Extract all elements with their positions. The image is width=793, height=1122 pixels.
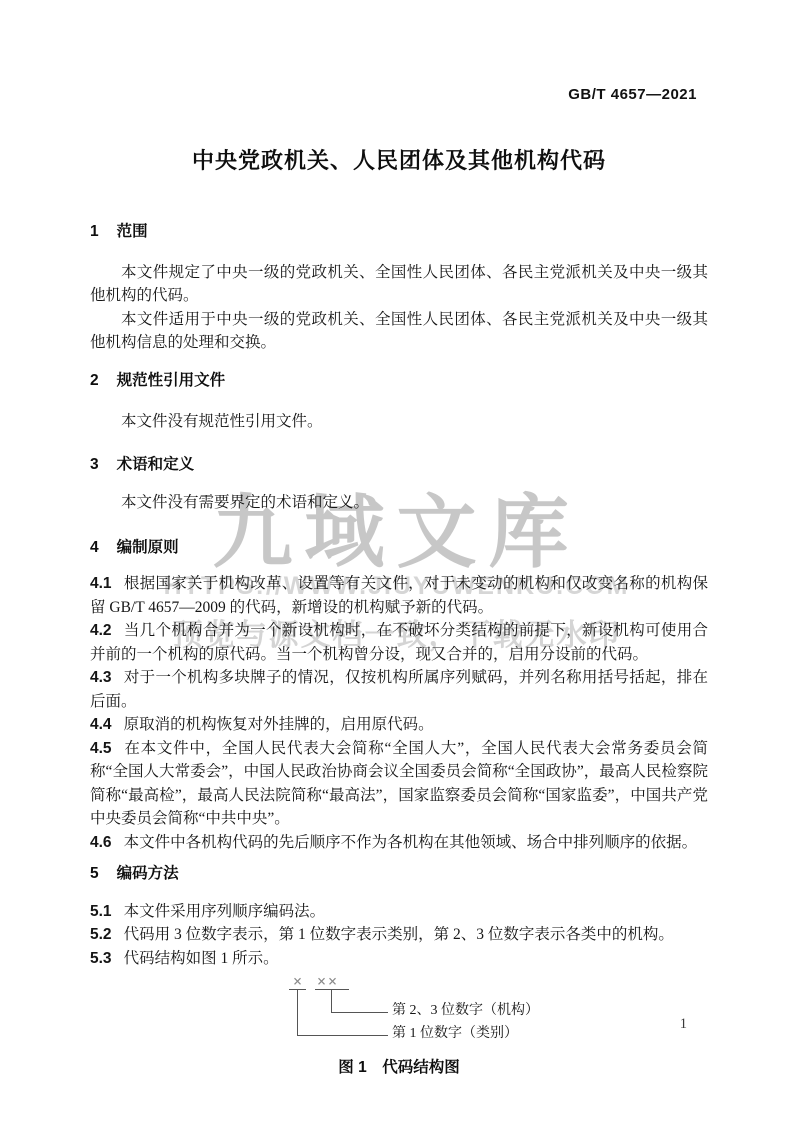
figure-caption: 图 1 代码结构图	[90, 1056, 708, 1080]
clause-4-5: 4.5在本文件中，全国人民代表大会简称“全国人大”，全国人民代表大会常务委员会简…	[90, 737, 708, 831]
leader-line-horizontal-category	[297, 1035, 388, 1036]
document-page: 九域文库 HTTPS://WWW.JIUYUWENKU.COM 预览与源文档一致…	[0, 0, 793, 1122]
clause-4-4: 4.4原取消的机构恢复对外挂牌的，启用原代码。	[90, 713, 708, 737]
section-number: 4	[90, 539, 99, 556]
section-label: 术语和定义	[117, 456, 195, 473]
paragraph: 本文件没有规范性引用文件。	[90, 410, 708, 434]
clause-number: 4.5	[90, 740, 112, 757]
clause-text: 本文件采用序列顺序编码法。	[124, 903, 326, 920]
section-label: 规范性引用文件	[117, 372, 226, 389]
clause-text: 本文件中各机构代码的先后顺序不作为各机构在其他领域、场合中排列顺序的依据。	[124, 834, 698, 851]
document-body: 中央党政机关、人民团体及其他机构代码 1范围 本文件规定了中央一级的党政机关、全…	[90, 0, 708, 1080]
clause-text: 在本文件中，全国人民代表大会简称“全国人大”，全国人民代表大会常务委员会简称“全…	[90, 740, 708, 828]
clause-number: 4.1	[90, 575, 112, 592]
clause-text: 代码用 3 位数字表示，第 1 位数字表示类别，第 2、3 位数字表示各类中的机…	[124, 926, 674, 943]
clause-4-3: 4.3对于一个机构多块牌子的情况，仅按机构所属序列赋码，并列名称用括号括起，排在…	[90, 666, 708, 713]
code-structure-figure: × ×× 第 2、3 位数字（机构） 第 1 位数字（类别）	[90, 972, 708, 1046]
underline-double-digit	[315, 989, 349, 990]
section-number: 1	[90, 223, 99, 240]
paragraph: 本文件适用于中央一级的党政机关、全国性人民团体、各民主党派机关及中央一级其他机构…	[90, 308, 708, 355]
leader-line-vertical-category	[297, 989, 298, 1035]
clause-text: 根据国家关于机构改革、设置等有关文件，对于未变动的机构和仅改变名称的机构保留 G…	[90, 575, 708, 616]
section-heading-terms: 3术语和定义	[90, 453, 708, 477]
clause-number: 4.4	[90, 716, 112, 733]
figure-label-org-digits: 第 2、3 位数字（机构）	[392, 1003, 539, 1019]
paragraph: 本文件没有需要界定的术语和定义。	[90, 491, 708, 515]
clause-text: 代码结构如图 1 所示。	[124, 950, 279, 967]
clause-number: 5.3	[90, 950, 112, 967]
leader-line-vertical-org	[331, 989, 332, 1012]
clause-5-3: 5.3代码结构如图 1 所示。	[90, 947, 708, 971]
clause-5-1: 5.1本文件采用序列顺序编码法。	[90, 900, 708, 924]
clause-4-6: 4.6本文件中各机构代码的先后顺序不作为各机构在其他领域、场合中排列顺序的依据。	[90, 831, 708, 855]
clause-number: 5.2	[90, 926, 112, 943]
document-title: 中央党政机关、人民团体及其他机构代码	[90, 148, 708, 174]
section-number: 2	[90, 372, 99, 389]
figure-label-category-digit: 第 1 位数字（类别）	[392, 1026, 518, 1042]
section-heading-coding-method: 5编码方法	[90, 862, 708, 886]
clause-number: 4.6	[90, 834, 112, 851]
clause-5-2: 5.2代码用 3 位数字表示，第 1 位数字表示类别，第 2、3 位数字表示各类…	[90, 923, 708, 947]
section-heading-principles: 4编制原则	[90, 536, 708, 560]
clause-text: 对于一个机构多块牌子的情况，仅按机构所属序列赋码，并列名称用括号括起，排在后面。	[90, 669, 708, 710]
clause-number: 5.1	[90, 903, 112, 920]
clause-number: 4.3	[90, 669, 112, 686]
section-number: 5	[90, 865, 99, 882]
section-heading-scope: 1范围	[90, 220, 708, 244]
section-heading-normative-refs: 2规范性引用文件	[90, 369, 708, 393]
clause-4-2: 4.2当几个机构合并为一个新设机构时，在不破坏分类结构的前提下，新设机构可使用合…	[90, 619, 708, 666]
leader-line-horizontal-org	[331, 1012, 388, 1013]
page-number: 1	[680, 1016, 687, 1033]
section-label: 范围	[117, 223, 148, 240]
section-label: 编码方法	[117, 865, 179, 882]
section-label: 编制原则	[117, 539, 179, 556]
clause-text: 当几个机构合并为一个新设机构时，在不破坏分类结构的前提下，新设机构可使用合并前的…	[90, 622, 708, 663]
clause-4-1: 4.1根据国家关于机构改革、设置等有关文件，对于未变动的机构和仅改变名称的机构保…	[90, 572, 708, 619]
section-number: 3	[90, 456, 99, 473]
clause-text: 原取消的机构恢复对外挂牌的，启用原代码。	[124, 716, 434, 733]
paragraph: 本文件规定了中央一级的党政机关、全国性人民团体、各民主党派机关及中央一级其他机构…	[90, 261, 708, 308]
clause-number: 4.2	[90, 622, 112, 639]
